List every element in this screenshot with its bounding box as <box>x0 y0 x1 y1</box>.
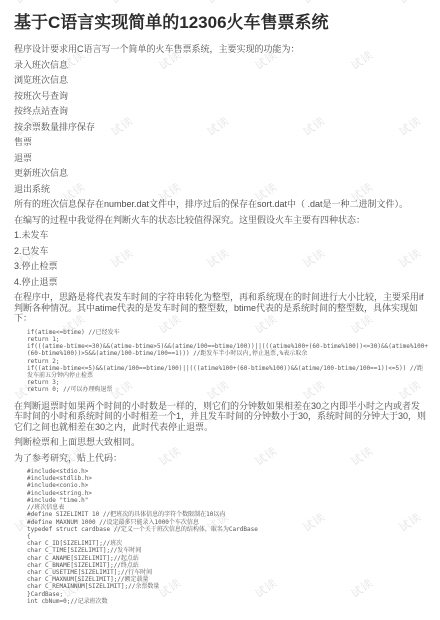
state-item: 1.未发车 <box>14 230 428 241</box>
feature-item: 按余票数量排序保存 <box>14 122 428 133</box>
code-block-time-check: if(atime<=btime) //已经发车 return 1; if(((a… <box>14 329 428 394</box>
feature-item: 浏览班次信息 <box>14 75 428 86</box>
files-paragraph: 所有的班次信息保存在number.dat文件中，排序过后的保存在sort.dat… <box>14 199 428 210</box>
logic-paragraph: 在程序中，思路是将代表发车时间的字符串转化为整型，再和系统现在的时间进行大小比较… <box>14 292 428 324</box>
feature-item: 按班次号查询 <box>14 91 428 102</box>
states-intro-paragraph: 在编写的过程中我觉得在判断火车的状态比较值得深究。这里假设火车主要有四种状态： <box>14 215 428 226</box>
feature-item: 退票 <box>14 153 428 164</box>
code-intro-paragraph: 为了参考研究，贴上代码： <box>14 453 428 464</box>
article-content: 基于C语言实现简单的12306火车售票系统 程序设计要求用C语言写一个简单的火车… <box>0 0 440 620</box>
refund-paragraph: 在判断退票时如果两个时间的小时数是一样的，则它们的分钟数如果相差在30之内即半小… <box>14 401 428 433</box>
page-title: 基于C语言实现简单的12306火车售票系统 <box>14 12 428 33</box>
feature-item: 退出系统 <box>14 184 428 195</box>
document-page: 试读试读试读试读试读试读试读试读试读试读试读试读试读试读试读试读试读试读试读试读… <box>0 0 440 620</box>
check-paragraph: 判断检票和上面思想大致相同。 <box>14 437 428 448</box>
intro-paragraph: 程序设计要求用C语言写一个简单的火车售票系统，主要实现的功能为： <box>14 44 428 55</box>
feature-item: 录入班次信息 <box>14 60 428 71</box>
code-block-struct: #include<stdio.h> #include<stdlib.h> #in… <box>14 468 428 605</box>
feature-item: 按终点站查询 <box>14 106 428 117</box>
state-item: 2.已发车 <box>14 246 428 257</box>
feature-item: 更新班次信息 <box>14 168 428 179</box>
feature-item: 售票 <box>14 137 428 148</box>
state-item: 4.停止退票 <box>14 277 428 288</box>
state-item: 3.停止检票 <box>14 261 428 272</box>
